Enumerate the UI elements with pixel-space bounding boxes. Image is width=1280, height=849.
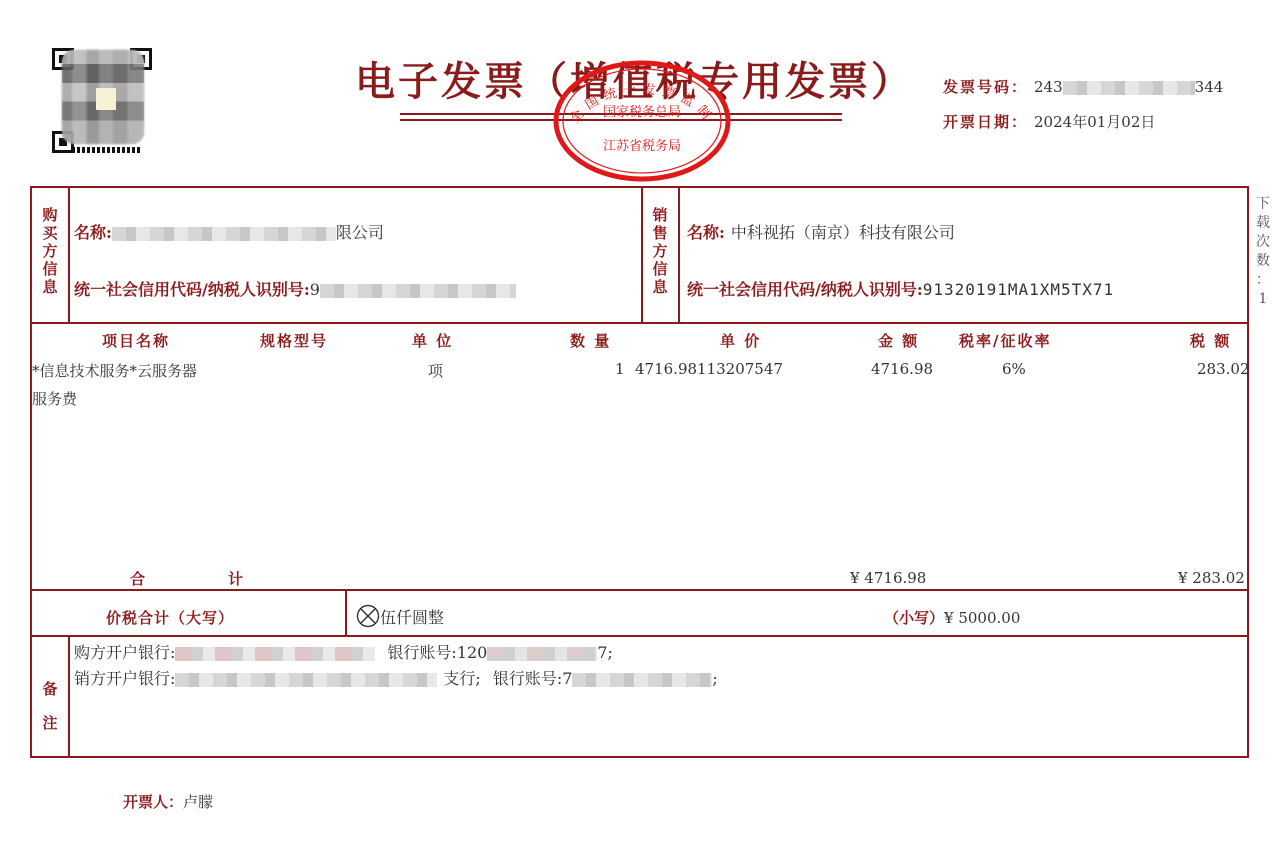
buyer-name-value: 限公司 — [336, 223, 384, 242]
invoice-number-suffix: 344 — [1195, 78, 1224, 96]
col-tax: 税 额 — [1190, 330, 1231, 351]
seller-account-suffix: ; — [712, 669, 717, 688]
issuer-label: 开票人： — [123, 793, 183, 811]
buyer-section-label: 购买方信息 — [41, 206, 59, 296]
total-label-left: 合 — [130, 568, 147, 589]
issue-date-value: 2024年01月02日 — [1034, 113, 1155, 131]
divider — [68, 188, 70, 322]
seller-account-prefix: 7 — [562, 669, 572, 688]
divider — [641, 188, 643, 322]
grand-total-label: 价税合计（大写） — [106, 607, 234, 628]
svg-text:江苏省税务局: 江苏省税务局 — [603, 138, 681, 154]
col-tax-rate: 税率/征收率 — [959, 330, 1051, 351]
divider — [32, 589, 1247, 591]
svg-text:国家税务总局: 国家税务总局 — [603, 105, 681, 120]
item-unit-price: 4716.98113207547 — [635, 360, 783, 378]
seller-name-label: 名称: — [687, 223, 725, 242]
divider — [68, 635, 70, 756]
divider — [678, 188, 680, 322]
col-unit-price: 单 价 — [720, 330, 761, 351]
download-count: 下载次数：1 — [1255, 195, 1271, 309]
seller-name-value: 中科视拓（南京）科技有限公司 — [731, 223, 955, 242]
item-tax-rate: 6% — [1002, 360, 1026, 378]
qr-center — [96, 88, 116, 110]
seller-section-label: 销售方信息 — [651, 206, 669, 296]
buyer-bank-label: 购方开户银行: — [74, 643, 175, 662]
buyer-tax-id: 统一社会信用代码/纳税人识别号:9 — [74, 277, 516, 300]
divider — [32, 322, 1247, 324]
buyer-name-label: 名称: — [74, 223, 112, 242]
invoice-number-label: 发票号码： — [943, 78, 1028, 96]
grand-total-uppercase: 伍仟圆整 — [356, 604, 444, 628]
circle-x-icon — [356, 604, 380, 628]
seller-bank-line: 销方开户银行:支行;银行账号:7; — [74, 666, 718, 689]
item-quantity: 1 — [615, 360, 625, 378]
seller-tax-id-label: 统一社会信用代码/纳税人识别号: — [687, 280, 923, 299]
invoice-number-redaction — [1063, 81, 1195, 95]
divider — [32, 635, 1247, 637]
col-item-name: 项目名称 — [102, 330, 170, 351]
buyer-tax-id-prefix: 9 — [310, 280, 320, 299]
buyer-account-prefix: 120 — [457, 643, 488, 662]
total-amount: ¥ 4716.98 — [850, 569, 926, 587]
item-tax: 283.02 — [1197, 360, 1250, 378]
seller-bank-label: 销方开户银行: — [74, 669, 175, 688]
issuer-name: 卢朦 — [183, 793, 213, 811]
seller-account-redaction — [572, 673, 712, 687]
seller-name: 名称:中科视拓（南京）科技有限公司 — [687, 220, 955, 243]
remarks-section-label: 备注 — [41, 672, 59, 740]
grand-total-uppercase-value: 伍仟圆整 — [380, 608, 444, 627]
col-unit: 单 位 — [412, 330, 453, 351]
buyer-account-suffix: 7; — [597, 643, 613, 662]
grand-total-lowercase: （小写）¥ 5000.00 — [884, 607, 1020, 628]
grand-total-lowercase-label: （小写） — [884, 609, 944, 627]
item-name-line2: 服务费 — [32, 388, 77, 409]
qr-bottom-modules — [72, 147, 142, 153]
buyer-name: 名称:限公司 — [74, 220, 384, 243]
grand-total-lowercase-value: ¥ 5000.00 — [944, 609, 1020, 627]
seller-tax-id-value: 91320191MA1XM5TX71 — [923, 280, 1114, 299]
invoice-number-prefix: 243 — [1034, 78, 1063, 96]
divider — [345, 589, 347, 635]
total-tax: ¥ 283.02 — [1178, 569, 1245, 587]
col-quantity: 数 量 — [570, 330, 611, 351]
seller-account-label: 银行账号: — [493, 669, 562, 688]
buyer-bank-line: 购方开户银行:银行账号:1207; — [74, 640, 613, 663]
buyer-tax-id-redaction — [320, 284, 516, 298]
buyer-account-redaction — [487, 647, 597, 661]
item-name-line1: *信息技术服务*云服务器 — [32, 360, 197, 381]
issuer: 开票人：卢朦 — [123, 791, 213, 812]
buyer-name-redaction — [112, 227, 336, 241]
seller-bank-tail: 支行; — [443, 669, 480, 688]
invoice-table: 购买方信息 名称:限公司 统一社会信用代码/纳税人识别号:9 销售方信息 名称:… — [30, 186, 1249, 758]
seller-tax-id: 统一社会信用代码/纳税人识别号:91320191MA1XM5TX71 — [687, 277, 1114, 300]
seller-bank-redaction — [175, 673, 437, 687]
buyer-account-label: 银行账号: — [387, 643, 456, 662]
item-amount: 4716.98 — [871, 360, 933, 378]
buyer-tax-id-label: 统一社会信用代码/纳税人识别号: — [74, 280, 310, 299]
qr-code — [52, 48, 152, 153]
invoice-number-row: 发票号码：243344 — [943, 76, 1223, 97]
buyer-bank-redaction — [175, 647, 375, 661]
issue-date-row: 开票日期：2024年01月02日 — [943, 111, 1155, 132]
item-unit: 项 — [428, 360, 443, 381]
col-spec: 规格型号 — [260, 330, 328, 351]
issue-date-label: 开票日期： — [943, 113, 1028, 131]
col-amount: 金 额 — [878, 330, 919, 351]
total-label-right: 计 — [228, 568, 245, 589]
tax-bureau-seal-icon: 全国统一发票监制章 国家税务总局 江苏省税务局 — [552, 60, 732, 182]
